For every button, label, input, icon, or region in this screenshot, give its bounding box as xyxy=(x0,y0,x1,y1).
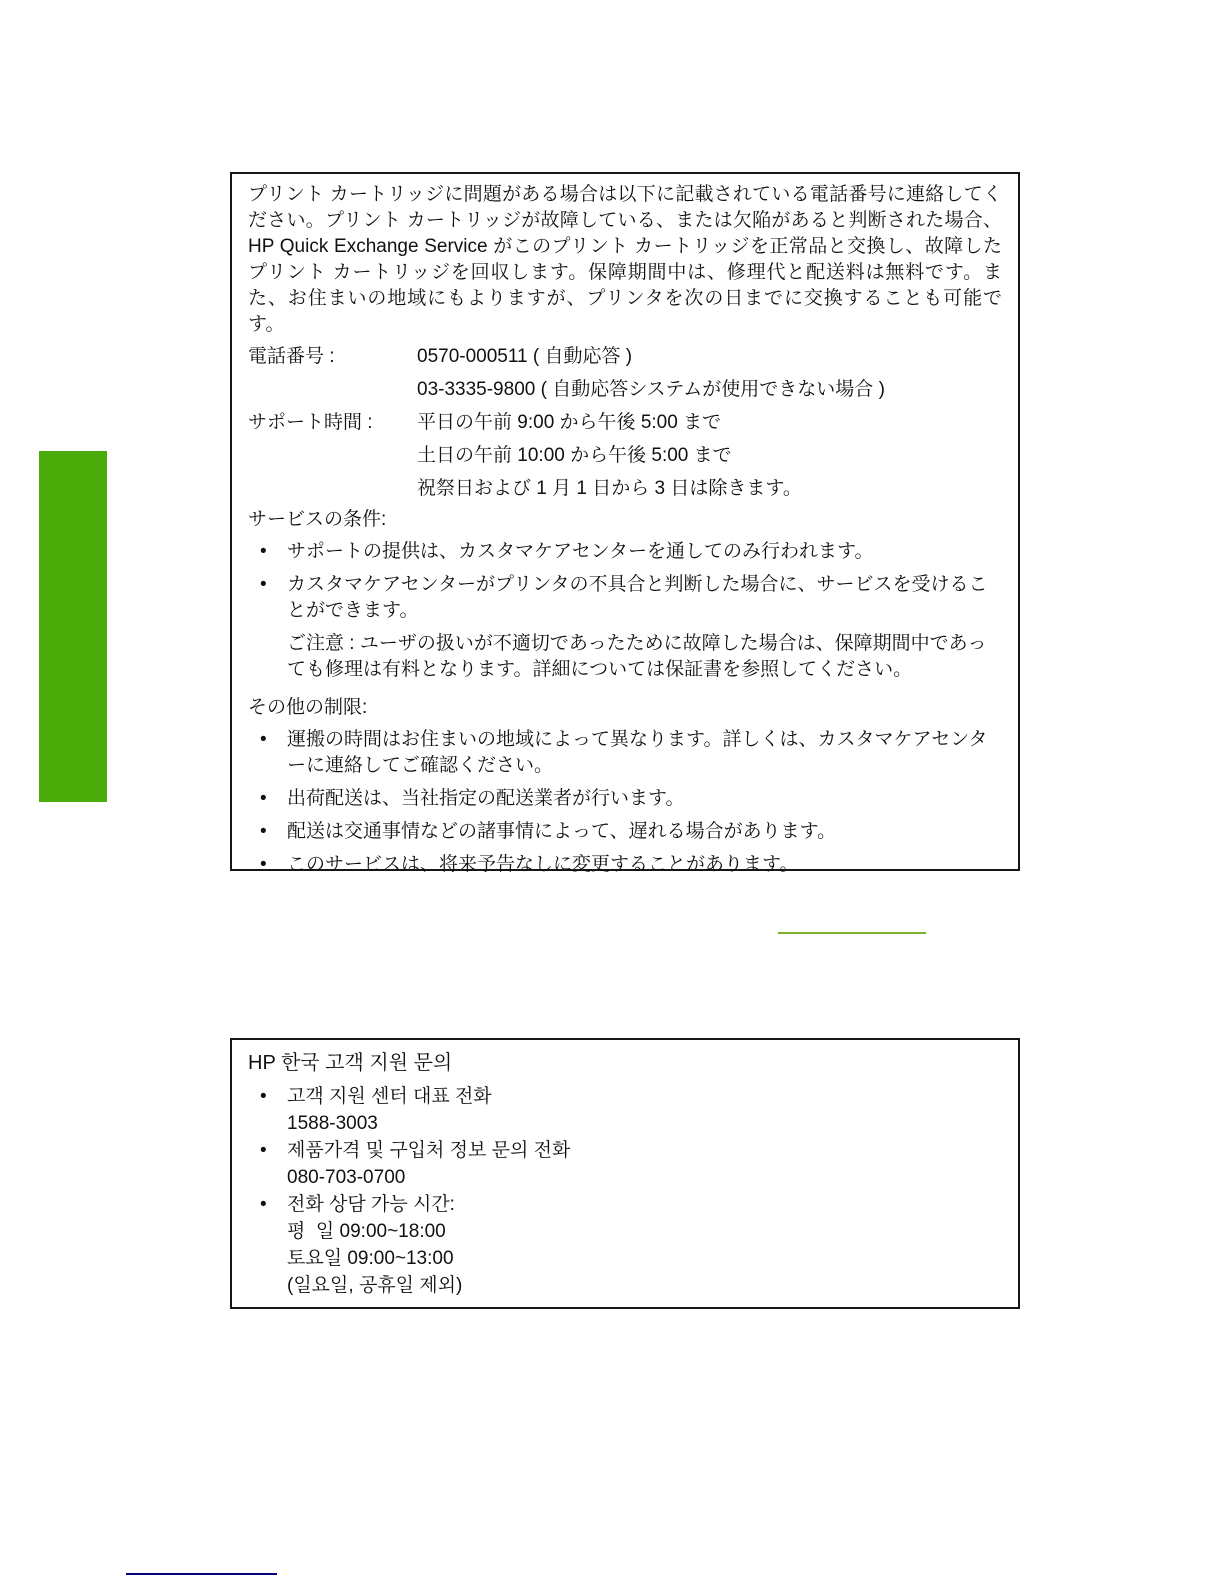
kr-support-center-phone: 1588-3003 xyxy=(287,1110,1002,1137)
list-item-text: 運搬の時間はお住まいの地域によって異なります。詳しくは、カスタマケアセンターに連… xyxy=(287,729,988,776)
list-item: このサービスは、将来予告なしに変更することがあります。 xyxy=(248,852,1002,878)
jp-other-limits-list: 運搬の時間はお住まいの地域によって異なります。詳しくは、カスタマケアセンターに連… xyxy=(248,727,1002,878)
kr-product-info-label: 제품가격 및 구입처 정보 문의 전화 xyxy=(287,1137,1002,1164)
support-hours-row: サポート時間 : 平日の午前 9:00 から午後 5:00 まで xyxy=(248,406,1002,439)
support-hours-row: 祝祭日および 1 月 1 日から 3 日は除きます。 xyxy=(248,472,1002,505)
phone-label: 電話番号 : xyxy=(248,340,417,373)
list-item: 出荷配送は、当社指定の配送業者が行います。 xyxy=(248,786,1002,812)
support-hours-weekday: 平日の午前 9:00 から午後 5:00 まで xyxy=(417,406,1002,439)
jp-service-terms-list: サポートの提供は、カスタマケアセンターを通してのみ行われます。 カスタマケアセン… xyxy=(248,539,1002,624)
jp-service-terms-heading: サービスの条件: xyxy=(248,507,1002,533)
support-hours-holidays: 祝祭日および 1 月 1 日から 3 日は除きます。 xyxy=(417,472,1002,505)
phone-label xyxy=(248,373,417,406)
list-item-text: 出荷配送は、当社指定の配送業者が行います。 xyxy=(287,788,684,809)
list-item: 配送は交通事情などの諸事情によって、遅れる場合があります。 xyxy=(248,819,1002,845)
list-item-text: 配送は交通事情などの諸事情によって、遅れる場合があります。 xyxy=(287,821,836,842)
kr-hours-saturday: 토요일 09:00~13:00 xyxy=(287,1245,1002,1272)
phone-row: 03-3335-9800 ( 自動応答システムが使用できない場合 ) xyxy=(248,373,1002,406)
list-item: サポートの提供は、カスタマケアセンターを通してのみ行われます。 xyxy=(248,539,1002,565)
support-hours-weekend: 土日の午前 10:00 から午後 5:00 まで xyxy=(417,439,1002,472)
support-hours-label xyxy=(248,439,417,472)
support-hours-row: 土日の午前 10:00 から午後 5:00 まで xyxy=(248,439,1002,472)
kr-support-list: 고객 지원 센터 대표 전화 1588-3003 제품가격 및 구입처 정보 문… xyxy=(248,1083,1002,1299)
document-page: プリント カートリッジに問題がある場合は以下に記載されている電話番号に連絡してく… xyxy=(0,0,1224,1584)
kr-hours-excluded: (일요일, 공휴일 제외) xyxy=(287,1272,1002,1299)
chapter-tab xyxy=(39,451,107,802)
list-item-text: このサービスは、将来予告なしに変更することがあります。 xyxy=(287,854,798,875)
kr-hours-label: 전화 상담 가능 시간: xyxy=(287,1191,1002,1218)
kr-support-title: HP 한국 고객 지원 문의 xyxy=(248,1050,1002,1077)
phone-number-primary: 0570-000511 ( 自動応答 ) xyxy=(417,340,1002,373)
support-hours-label xyxy=(248,472,417,505)
link-underline-navy[interactable] xyxy=(126,1573,277,1575)
list-item: 제품가격 및 구입처 정보 문의 전화 080-703-0700 xyxy=(248,1137,1002,1191)
list-item: 運搬の時間はお住まいの地域によって異なります。詳しくは、カスタマケアセンターに連… xyxy=(248,727,1002,779)
jp-intro-paragraph: プリント カートリッジに問題がある場合は以下に記載されている電話番号に連絡してく… xyxy=(248,182,1002,338)
jp-other-limits-heading: その他の制限: xyxy=(248,695,1002,721)
list-item: 고객 지원 센터 대표 전화 1588-3003 xyxy=(248,1083,1002,1137)
phone-number-secondary: 03-3335-9800 ( 自動応答システムが使用できない場合 ) xyxy=(417,373,1002,406)
japan-support-box: プリント カートリッジに問題がある場合は以下に記載されている電話番号に連絡してく… xyxy=(230,172,1020,871)
jp-service-note: ご注意 : ユーザの扱いが不適切であったために故障した場合は、保障期間中であって… xyxy=(248,631,1002,683)
list-item: 전화 상담 가능 시간: 평 일 09:00~18:00 토요일 09:00~1… xyxy=(248,1191,1002,1299)
support-hours-label: サポート時間 : xyxy=(248,406,417,439)
list-item: カスタマケアセンターがプリンタの不具合と判断した場合に、サービスを受けることがで… xyxy=(248,572,1002,624)
korea-support-box: HP 한국 고객 지원 문의 고객 지원 센터 대표 전화 1588-3003 … xyxy=(230,1038,1020,1309)
phone-row: 電話番号 : 0570-000511 ( 自動応答 ) xyxy=(248,340,1002,373)
list-item-text: サポートの提供は、カスタマケアセンターを通してのみ行われます。 xyxy=(287,541,874,562)
list-item-text: カスタマケアセンターがプリンタの不具合と判断した場合に、サービスを受けることがで… xyxy=(287,574,988,621)
kr-hours-weekday: 평 일 09:00~18:00 xyxy=(287,1218,1002,1245)
kr-product-info-phone: 080-703-0700 xyxy=(287,1164,1002,1191)
jp-contact-info: 電話番号 : 0570-000511 ( 自動応答 ) 03-3335-9800… xyxy=(248,340,1002,505)
kr-support-center-label: 고객 지원 센터 대표 전화 xyxy=(287,1083,1002,1110)
link-underline-green[interactable] xyxy=(778,932,926,934)
